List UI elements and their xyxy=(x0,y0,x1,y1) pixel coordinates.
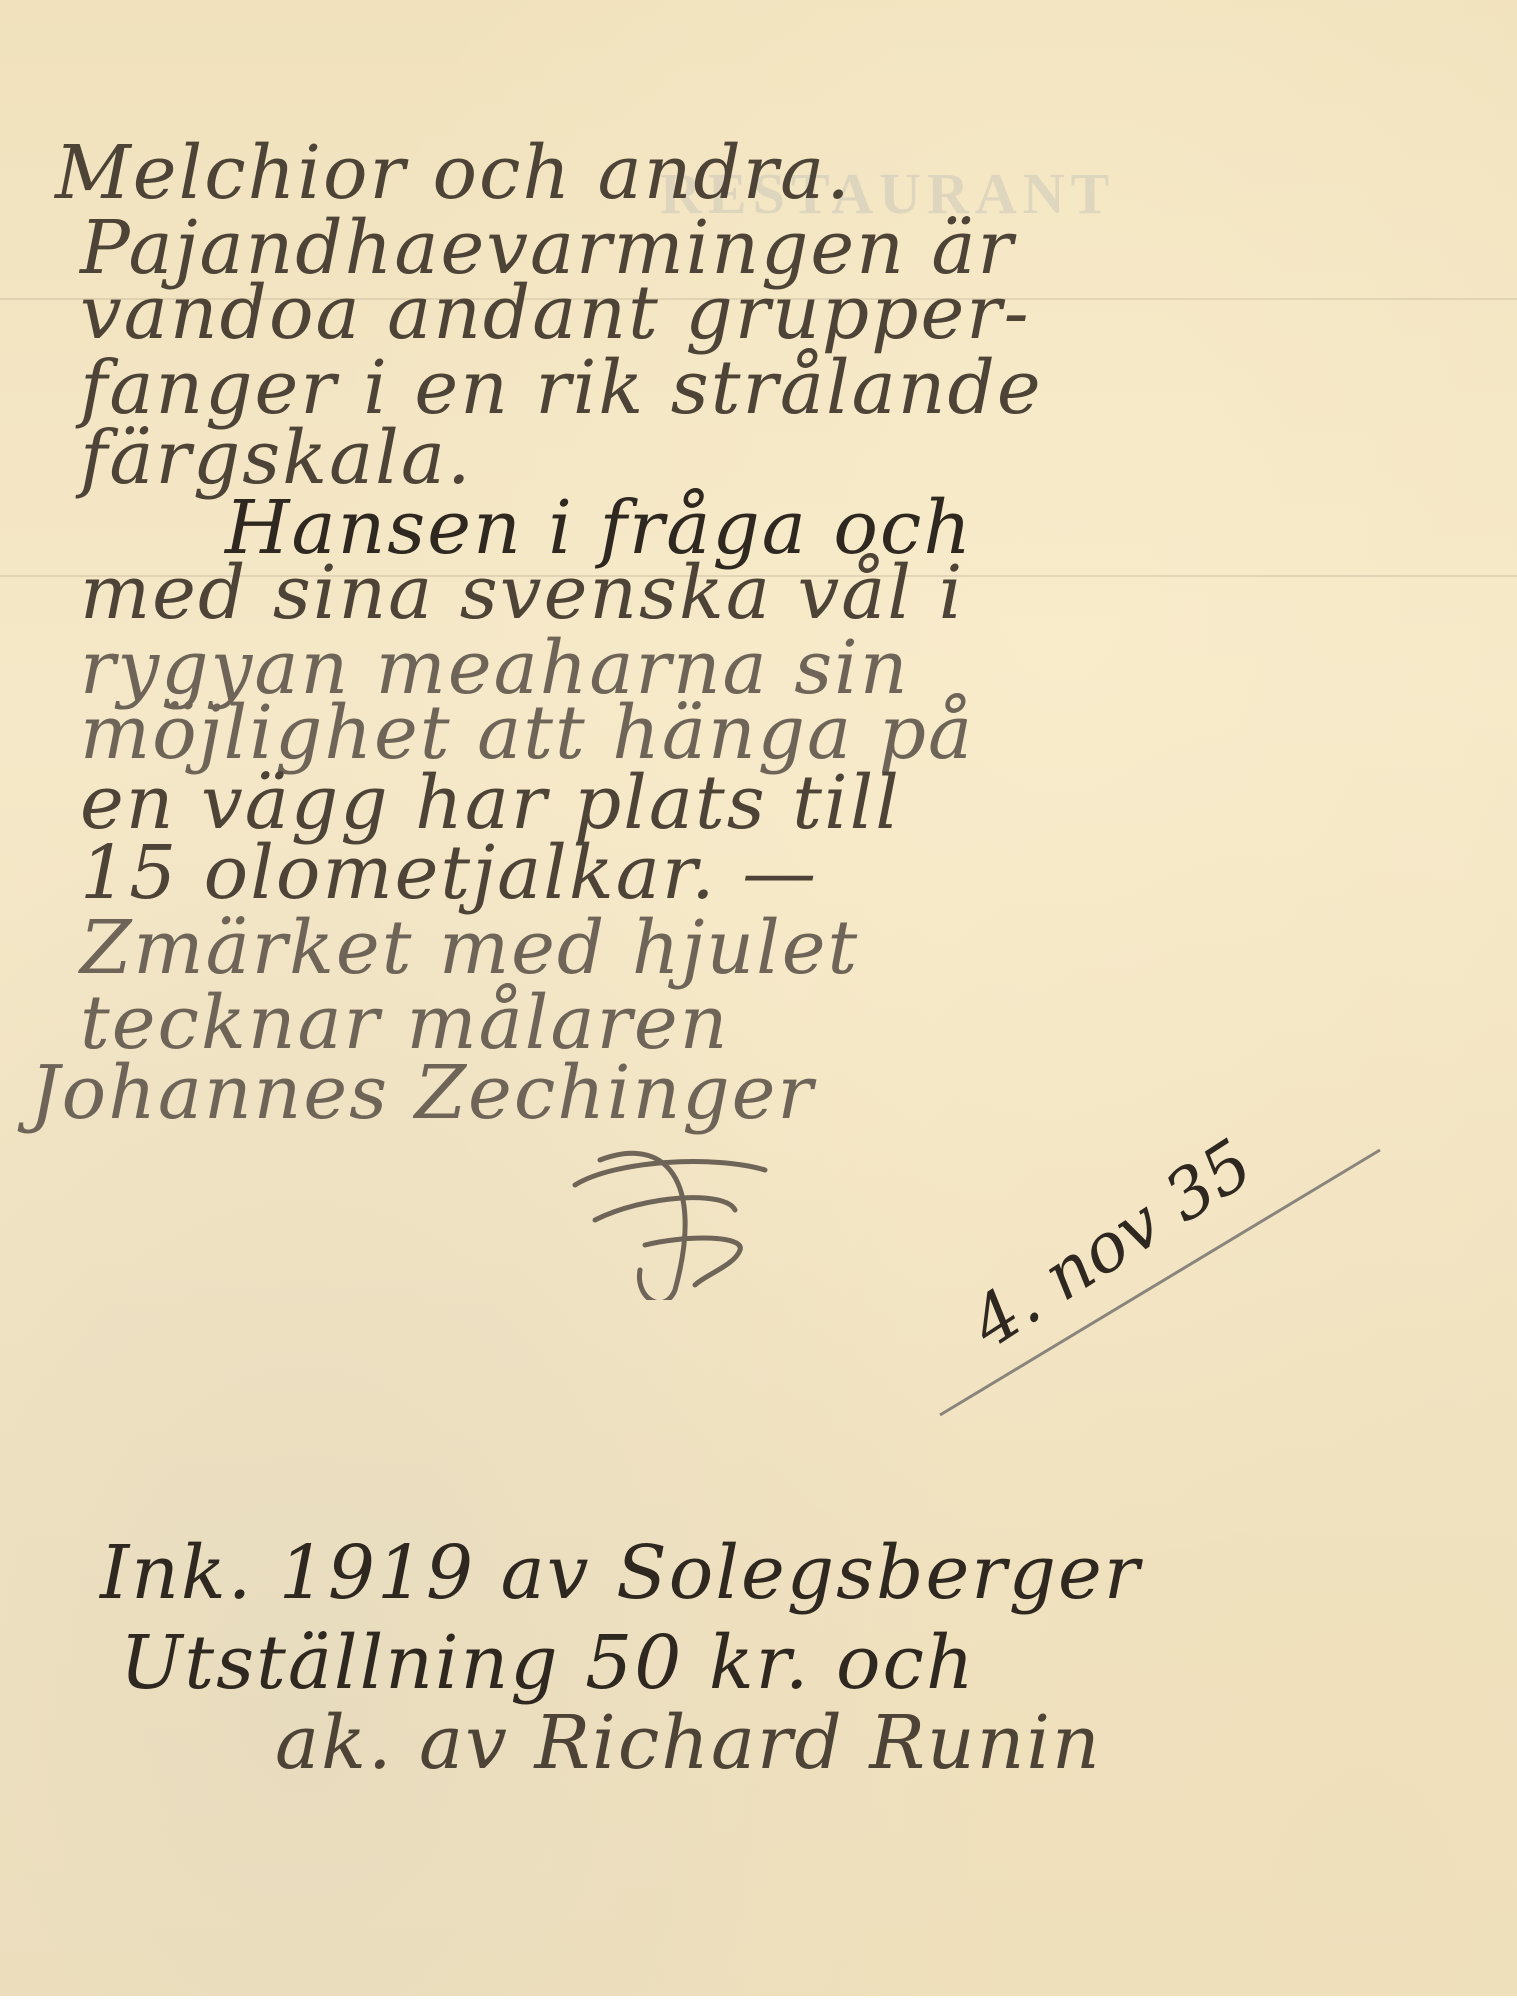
body-line-12: Zmärket med hjulet xyxy=(80,905,859,991)
body-line-1: Melchior och andra. xyxy=(55,130,852,216)
footer-line-2: Utställning 50 kr. och xyxy=(120,1620,976,1706)
signature-name: Johannes Zechinger xyxy=(30,1050,815,1136)
footer-line-1: Ink. 1919 av Solegsberger xyxy=(100,1530,1141,1616)
monogram-icon xyxy=(555,1140,795,1300)
body-line-3: vandoa andant grupper- xyxy=(80,270,1031,356)
footer-line-3: ak. av Richard Runin xyxy=(275,1700,1102,1786)
page-edge xyxy=(0,1996,1517,2000)
body-line-7: med sina svenska vål i xyxy=(80,550,964,636)
body-line-11: 15 olometjalkar. — xyxy=(80,830,818,916)
letter-page: RESTAURANT Melchior och andra. Pajandhae… xyxy=(0,0,1517,2000)
